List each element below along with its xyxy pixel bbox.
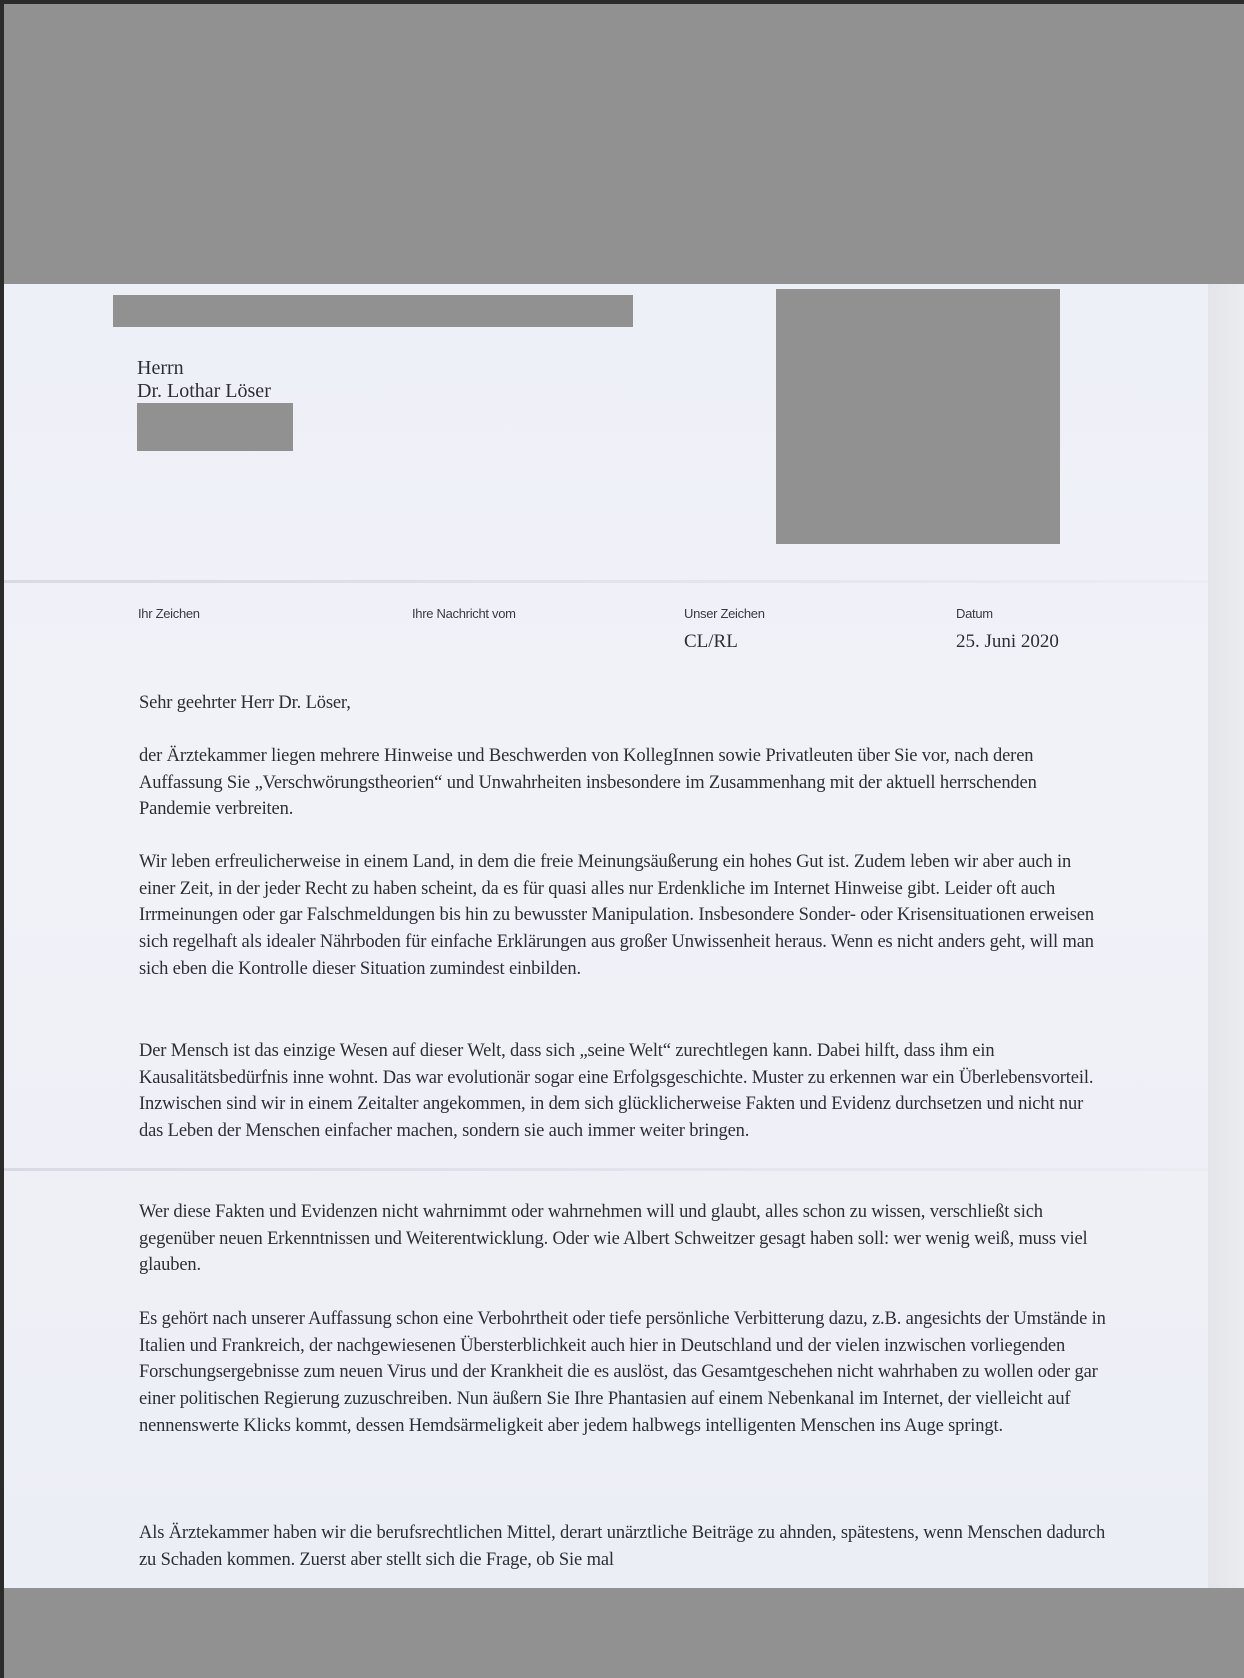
redacted-bottom xyxy=(4,1588,1244,1678)
redacted-letterhead xyxy=(776,289,1060,544)
ref-label-unser-zeichen: Unser Zeichen xyxy=(684,606,765,621)
ref-label-ihr-zeichen: Ihr Zeichen xyxy=(138,606,200,621)
fold-line xyxy=(4,580,1208,583)
ref-label-ihre-nachricht: Ihre Nachricht vom xyxy=(412,606,516,621)
paragraph-4: Wer diese Fakten und Evidenzen nicht wah… xyxy=(139,1199,1109,1279)
redacted-sender-line xyxy=(113,295,633,327)
ref-label-datum: Datum xyxy=(956,606,993,621)
page-edge xyxy=(1208,284,1244,1588)
paragraph-3: Der Mensch ist das einzige Wesen auf die… xyxy=(139,1038,1109,1145)
paragraph-6: Als Ärztekammer haben wir die berufsrech… xyxy=(139,1520,1109,1573)
ref-value-datum: 25. Juni 2020 xyxy=(956,631,1059,653)
fold-line xyxy=(4,1168,1208,1171)
letter-greeting: Sehr geehrter Herr Dr. Löser, xyxy=(139,690,1109,717)
recipient-name: Dr. Lothar Löser xyxy=(137,380,271,403)
paragraph-1: der Ärztekammer liegen mehrere Hinweise … xyxy=(139,743,1109,823)
paragraph-2: Wir leben erfreulicherweise in einem Lan… xyxy=(139,849,1109,983)
redacted-address xyxy=(137,403,293,451)
recipient-salutation: Herrn xyxy=(137,357,184,380)
paragraph-5: Es gehört nach unserer Auffassung schon … xyxy=(139,1306,1109,1440)
ref-value-unser-zeichen: CL/RL xyxy=(684,631,738,653)
